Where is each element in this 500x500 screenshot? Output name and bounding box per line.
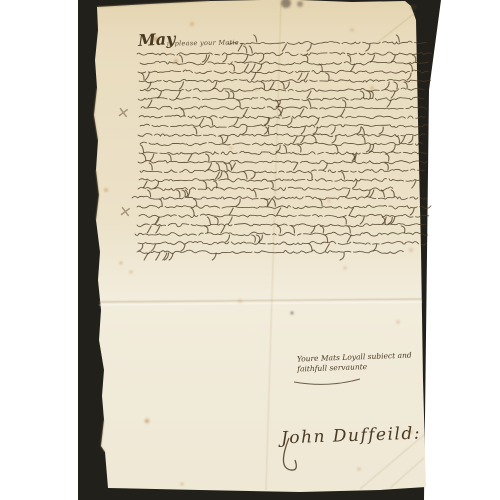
margin-x-mark: ✕: [118, 202, 133, 222]
first-line-fragment: it please your Matie: [167, 38, 239, 47]
margin-x-mark: ✕: [116, 103, 131, 123]
photo-of-manuscript-letter: May it please your Matie Youre Mats Loya…: [0, 0, 500, 500]
manuscript-photo-artwork: [0, 0, 500, 500]
